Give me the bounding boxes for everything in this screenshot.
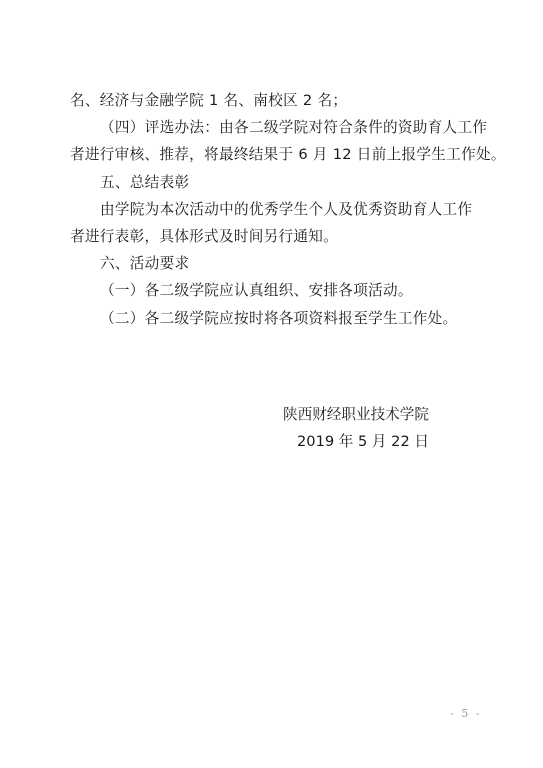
paragraph-line: （四）评选办法：由各二级学院对符合条件的资助育人工作 <box>70 114 480 141</box>
paragraph-line: 由学院为本次活动中的优秀学生个人及优秀资助育人工作 <box>70 196 480 223</box>
document-body: 名、经济与金融学院 1 名、南校区 2 名； （四）评选办法：由各二级学院对符合… <box>70 87 480 332</box>
paragraph-line: 者进行审核、推荐，将最终结果于 6 月 12 日前上报学生工作处。 <box>70 141 480 168</box>
document-page: 名、经济与金融学院 1 名、南校区 2 名； （四）评选办法：由各二级学院对符合… <box>0 0 543 768</box>
paragraph-line: （一）各二级学院应认真组织、安排各项活动。 <box>70 277 480 304</box>
signature-date: 2019 年 5 月 22 日 <box>297 430 543 451</box>
paragraph-line: 者进行表彰，具体形式及时间另行通知。 <box>70 223 480 250</box>
section-heading: 五、总结表彰 <box>70 169 480 196</box>
page-number: - 5 - <box>450 707 481 720</box>
signature-organization: 陕西财经职业技术学院 <box>283 403 543 424</box>
section-heading: 六、活动要求 <box>70 250 480 277</box>
paragraph-line: 名、经济与金融学院 1 名、南校区 2 名； <box>70 87 480 114</box>
paragraph-line: （二）各二级学院应按时将各项资料报至学生工作处。 <box>70 305 480 332</box>
